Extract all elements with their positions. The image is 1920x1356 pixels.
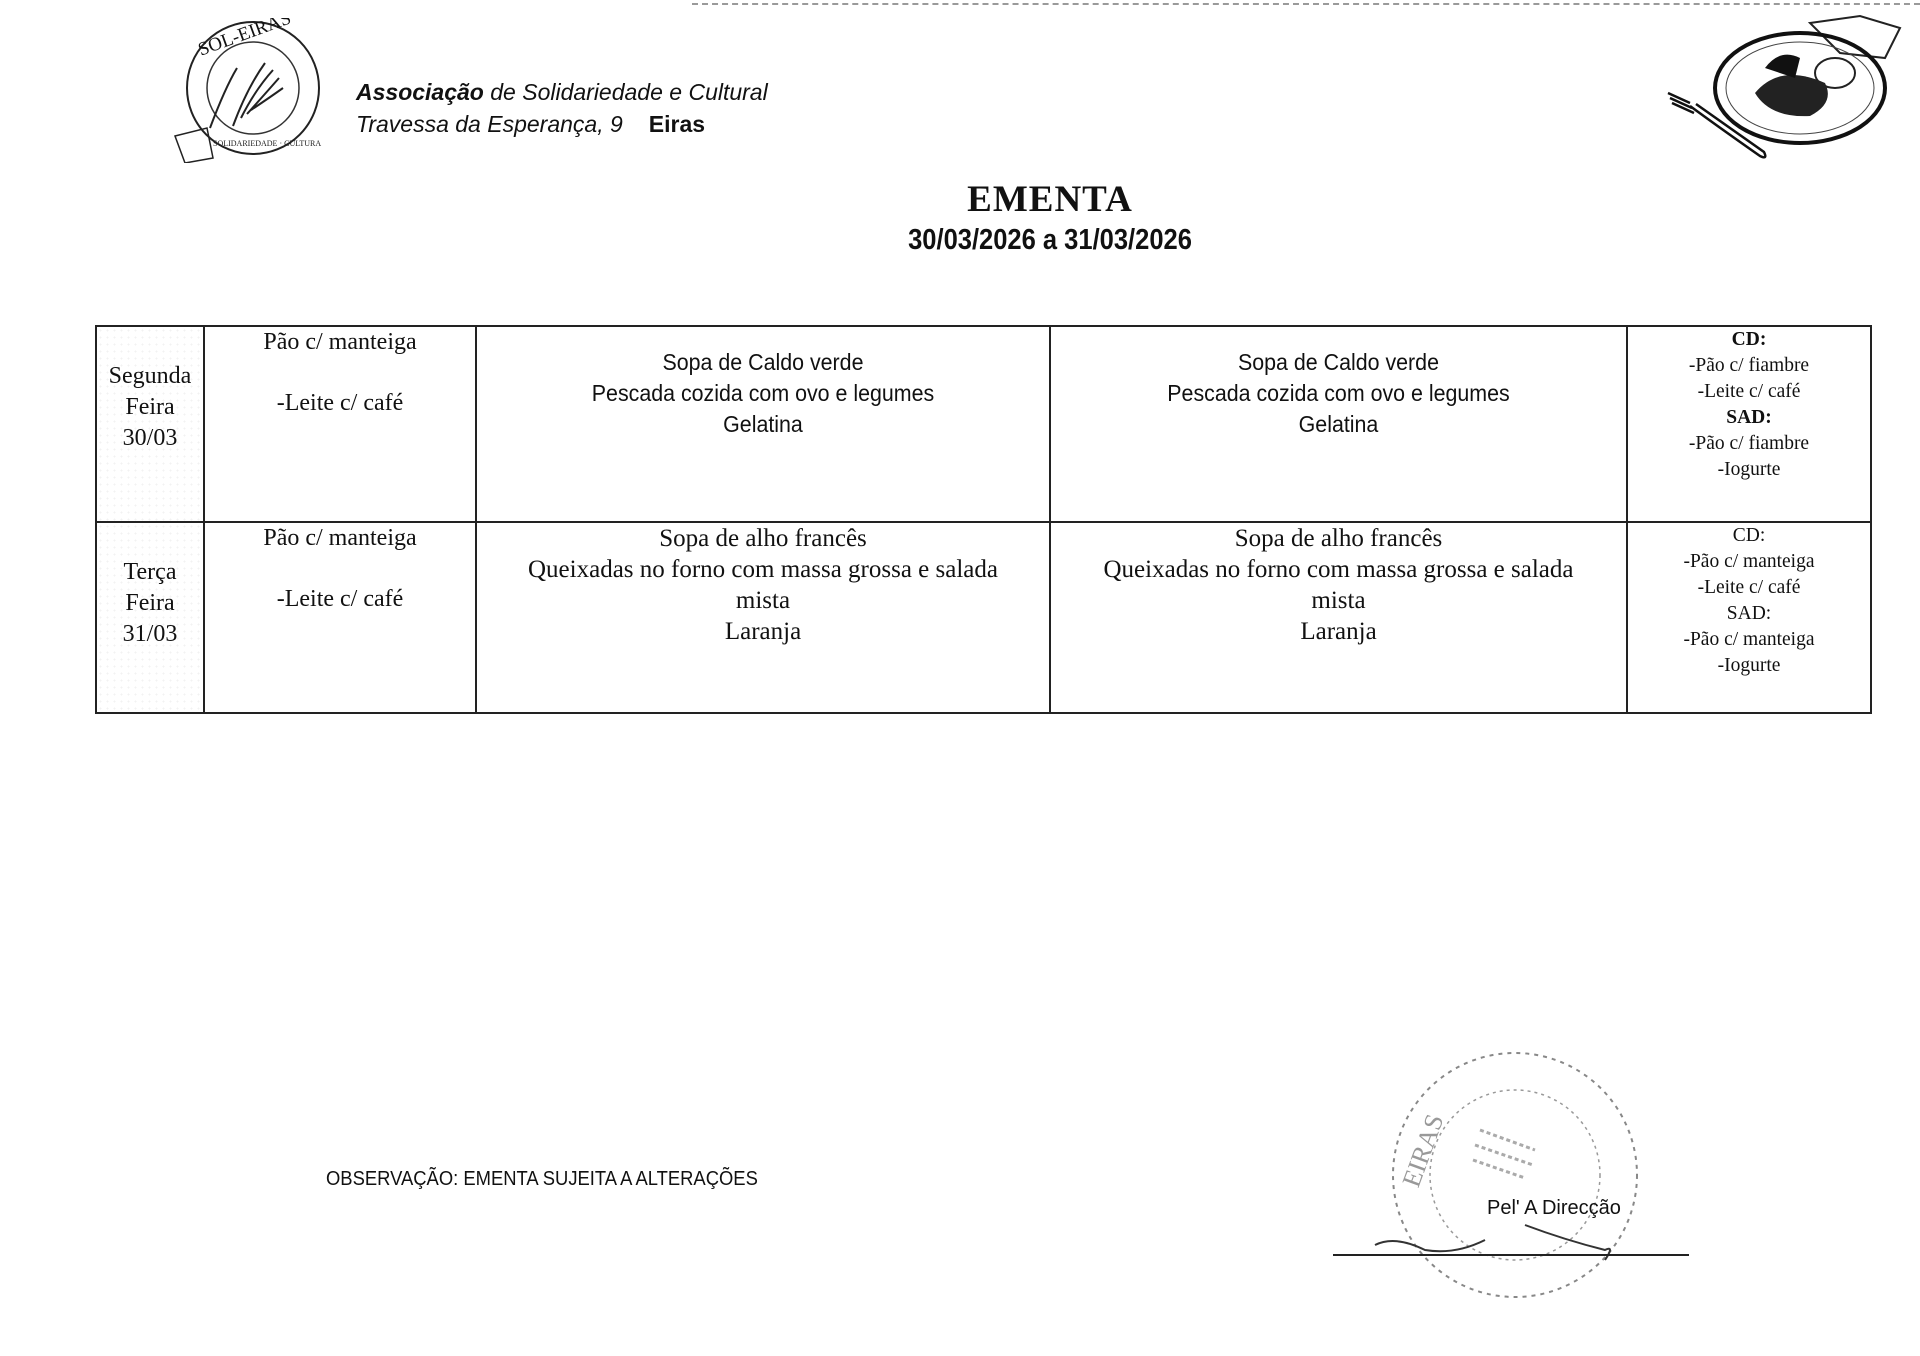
- breakfast-item: Pão c/ manteiga: [205, 327, 475, 357]
- dessert-item: Laranja: [477, 616, 1049, 647]
- svg-text:SOL-EIRAS: SOL-EIRAS: [195, 18, 293, 61]
- stamp-seal-icon: EIRAS: [1365, 1040, 1645, 1310]
- svg-text:EIRAS: EIRAS: [1397, 1110, 1450, 1191]
- dessert-item: Gelatina: [1071, 409, 1606, 440]
- breakfast-item: -Leite c/ café: [205, 388, 475, 418]
- main-dish-item-cont: mista: [1051, 585, 1626, 616]
- snack-item: -Iogurte: [1628, 653, 1870, 679]
- table-row: Segunda Feira 30/03 Pão c/ manteiga -Lei…: [96, 326, 1871, 522]
- snack-item: -Leite c/ café: [1628, 575, 1870, 601]
- breakfast-cell: Pão c/ manteiga -Leite c/ café: [204, 522, 476, 713]
- signature-line: [1333, 1254, 1689, 1256]
- table-row: Terça Feira 31/03 Pão c/ manteiga -Leite…: [96, 522, 1871, 713]
- association-logo-icon: SOL-EIRAS SOLIDARIEDADE · CULTURA: [155, 18, 330, 163]
- dinner-cell: Sopa de Caldo verde Pescada cozida com o…: [1070, 326, 1607, 522]
- dessert-item: Gelatina: [497, 409, 1029, 440]
- snack-item: -Leite c/ café: [1628, 379, 1870, 405]
- organization-header: Associação de Solidariedade e Cultural T…: [356, 76, 768, 140]
- snack-item: -Iogurte: [1628, 457, 1870, 483]
- breakfast-cell: Pão c/ manteiga -Leite c/ café: [204, 326, 476, 522]
- scan-edge-line: [692, 3, 1920, 5]
- snack-cell: CD: -Pão c/ manteiga -Leite c/ café SAD:…: [1627, 522, 1871, 713]
- breakfast-item: Pão c/ manteiga: [205, 523, 475, 553]
- day-date: 30/03: [97, 423, 203, 454]
- soup-item: Sopa de alho francês: [1051, 523, 1626, 554]
- org-town: Eiras: [649, 111, 705, 137]
- signature-label: Pel' A Direcção: [1487, 1197, 1621, 1220]
- soup-item: Sopa de Caldo verde: [497, 347, 1029, 378]
- breakfast-item: -Leite c/ café: [205, 584, 475, 614]
- snack-item: -Pão c/ fiambre: [1628, 431, 1870, 457]
- org-address: Travessa da Esperança, 9: [356, 111, 623, 137]
- observation-note: OBSERVAÇÃO: EMENTA SUJEITA A ALTERAÇÕES: [326, 1168, 758, 1191]
- org-name-rest: de Solidariedade e Cultural: [484, 79, 768, 105]
- soup-item: Sopa de alho francês: [477, 523, 1049, 554]
- main-dish-item-cont: mista: [477, 585, 1049, 616]
- cd-label: CD:: [1628, 523, 1870, 549]
- snack-item: -Pão c/ fiambre: [1628, 353, 1870, 379]
- snack-item: -Pão c/ manteiga: [1628, 627, 1870, 653]
- cd-label: CD:: [1628, 327, 1870, 353]
- snack-cell: CD: -Pão c/ fiambre -Leite c/ café SAD: …: [1627, 326, 1871, 522]
- main-dish-item: Queixadas no forno com massa grossa e sa…: [1051, 554, 1626, 585]
- day-cell: Terça Feira 31/03: [96, 522, 204, 713]
- org-name-bold: Associação: [356, 79, 484, 105]
- lunch-cell: Sopa de Caldo verde Pescada cozida com o…: [496, 326, 1030, 522]
- weekday-label: Segunda: [97, 361, 203, 392]
- sad-label: SAD:: [1628, 405, 1870, 431]
- dessert-item: Laranja: [1051, 616, 1626, 647]
- main-dish-item: Pescada cozida com ovo e legumes: [1071, 378, 1606, 409]
- lunch-cell: Sopa de alho francês Queixadas no forno …: [476, 522, 1050, 713]
- sad-label: SAD:: [1628, 601, 1870, 627]
- menu-table: Segunda Feira 30/03 Pão c/ manteiga -Lei…: [95, 325, 1872, 714]
- dinner-cell: Sopa de alho francês Queixadas no forno …: [1050, 522, 1627, 713]
- weekday-label: Terça: [97, 557, 203, 588]
- plate-clipart-icon: [1660, 8, 1910, 168]
- date-range: 30/03/2026 a 31/03/2026: [126, 224, 1920, 257]
- weekday-suffix: Feira: [97, 588, 203, 619]
- day-date: 31/03: [97, 619, 203, 650]
- snack-item: -Pão c/ manteiga: [1628, 549, 1870, 575]
- day-cell: Segunda Feira 30/03: [96, 326, 204, 522]
- weekday-suffix: Feira: [97, 392, 203, 423]
- page-title: EMENTA: [0, 178, 1920, 221]
- svg-text:SOLIDARIEDADE · CULTURA: SOLIDARIEDADE · CULTURA: [213, 139, 321, 148]
- soup-item: Sopa de Caldo verde: [1071, 347, 1606, 378]
- main-dish-item: Pescada cozida com ovo e legumes: [497, 378, 1029, 409]
- main-dish-item: Queixadas no forno com massa grossa e sa…: [477, 554, 1049, 585]
